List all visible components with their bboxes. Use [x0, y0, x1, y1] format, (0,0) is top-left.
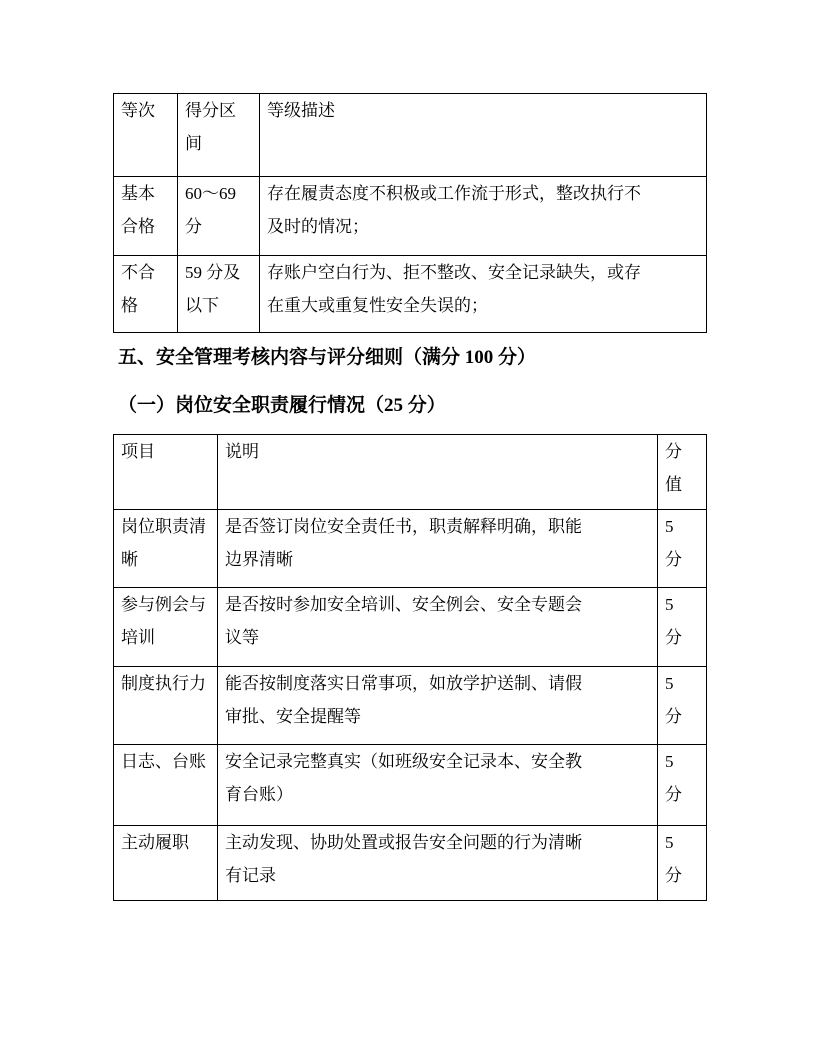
cell-item: 岗位职责清 晰 — [114, 510, 218, 588]
cell-item: 参与例会与 培训 — [114, 588, 218, 667]
cell-grade-description: 存在履责态度不积极或工作流于形式，整改执行不 及时的情况； — [260, 177, 707, 256]
grade-description-table: 等次 得分区 间 等级描述 基本 合格 60～69 分 存在履责态度不积极或工作… — [113, 93, 707, 333]
cell-score: 5 分 — [658, 588, 707, 667]
table-row: 基本 合格 60～69 分 存在履责态度不积极或工作流于形式，整改执行不 及时的… — [114, 177, 707, 256]
section-heading: 五、安全管理考核内容与评分细则（满分 100 分） — [118, 344, 706, 371]
header-cell-score: 分 值 — [658, 435, 707, 510]
header-cell-score-range: 得分区 间 — [178, 94, 260, 177]
table-row: 主动履职 主动发现、协助处置或报告安全问题的行为清晰 有记录 5 分 — [114, 826, 707, 901]
table-row: 岗位职责清 晰 是否签订岗位安全责任书，职责解释明确，职能 边界清晰 5 分 — [114, 510, 707, 588]
cell-score: 5 分 — [658, 745, 707, 826]
cell-description: 安全记录完整真实（如班级安全记录本、安全教 育台账） — [218, 745, 658, 826]
header-cell-grade: 等次 — [114, 94, 178, 177]
cell-item: 制度执行力 — [114, 667, 218, 745]
cell-score: 5 分 — [658, 510, 707, 588]
cell-grade: 基本 合格 — [114, 177, 178, 256]
table-header-row: 项目 说明 分 值 — [114, 435, 707, 510]
table-row: 不合 格 59 分及 以下 存账户空白行为、拒不整改、安全记录缺失，或存 在重大… — [114, 256, 707, 333]
cell-description: 是否签订岗位安全责任书，职责解释明确，职能 边界清晰 — [218, 510, 658, 588]
cell-score-range: 60～69 分 — [178, 177, 260, 256]
cell-grade: 不合 格 — [114, 256, 178, 333]
cell-grade-description: 存账户空白行为、拒不整改、安全记录缺失，或存 在重大或重复性安全失误的； — [260, 256, 707, 333]
cell-description: 能否按制度落实日常事项，如放学护送制、请假 审批、安全提醒等 — [218, 667, 658, 745]
cell-description: 主动发现、协助处置或报告安全问题的行为清晰 有记录 — [218, 826, 658, 901]
document-page: 等次 得分区 间 等级描述 基本 合格 60～69 分 存在履责态度不积极或工作… — [0, 0, 816, 1056]
cell-score-range: 59 分及 以下 — [178, 256, 260, 333]
cell-score: 5 分 — [658, 826, 707, 901]
header-cell-grade-description: 等级描述 — [260, 94, 707, 177]
duty-scoring-table: 项目 说明 分 值 岗位职责清 晰 是否签订岗位安全责任书，职责解释明确，职能 … — [113, 434, 707, 901]
table-row: 参与例会与 培训 是否按时参加安全培训、安全例会、安全专题会 议等 5 分 — [114, 588, 707, 667]
cell-item: 主动履职 — [114, 826, 218, 901]
header-cell-item: 项目 — [114, 435, 218, 510]
cell-item: 日志、台账 — [114, 745, 218, 826]
table-row: 制度执行力 能否按制度落实日常事项，如放学护送制、请假 审批、安全提醒等 5 分 — [114, 667, 707, 745]
table-row: 日志、台账 安全记录完整真实（如班级安全记录本、安全教 育台账） 5 分 — [114, 745, 707, 826]
cell-description: 是否按时参加安全培训、安全例会、安全专题会 议等 — [218, 588, 658, 667]
subsection-heading: （一）岗位安全职责履行情况（25 分） — [118, 392, 706, 419]
cell-score: 5 分 — [658, 667, 707, 745]
header-cell-description: 说明 — [218, 435, 658, 510]
table-header-row: 等次 得分区 间 等级描述 — [114, 94, 707, 177]
